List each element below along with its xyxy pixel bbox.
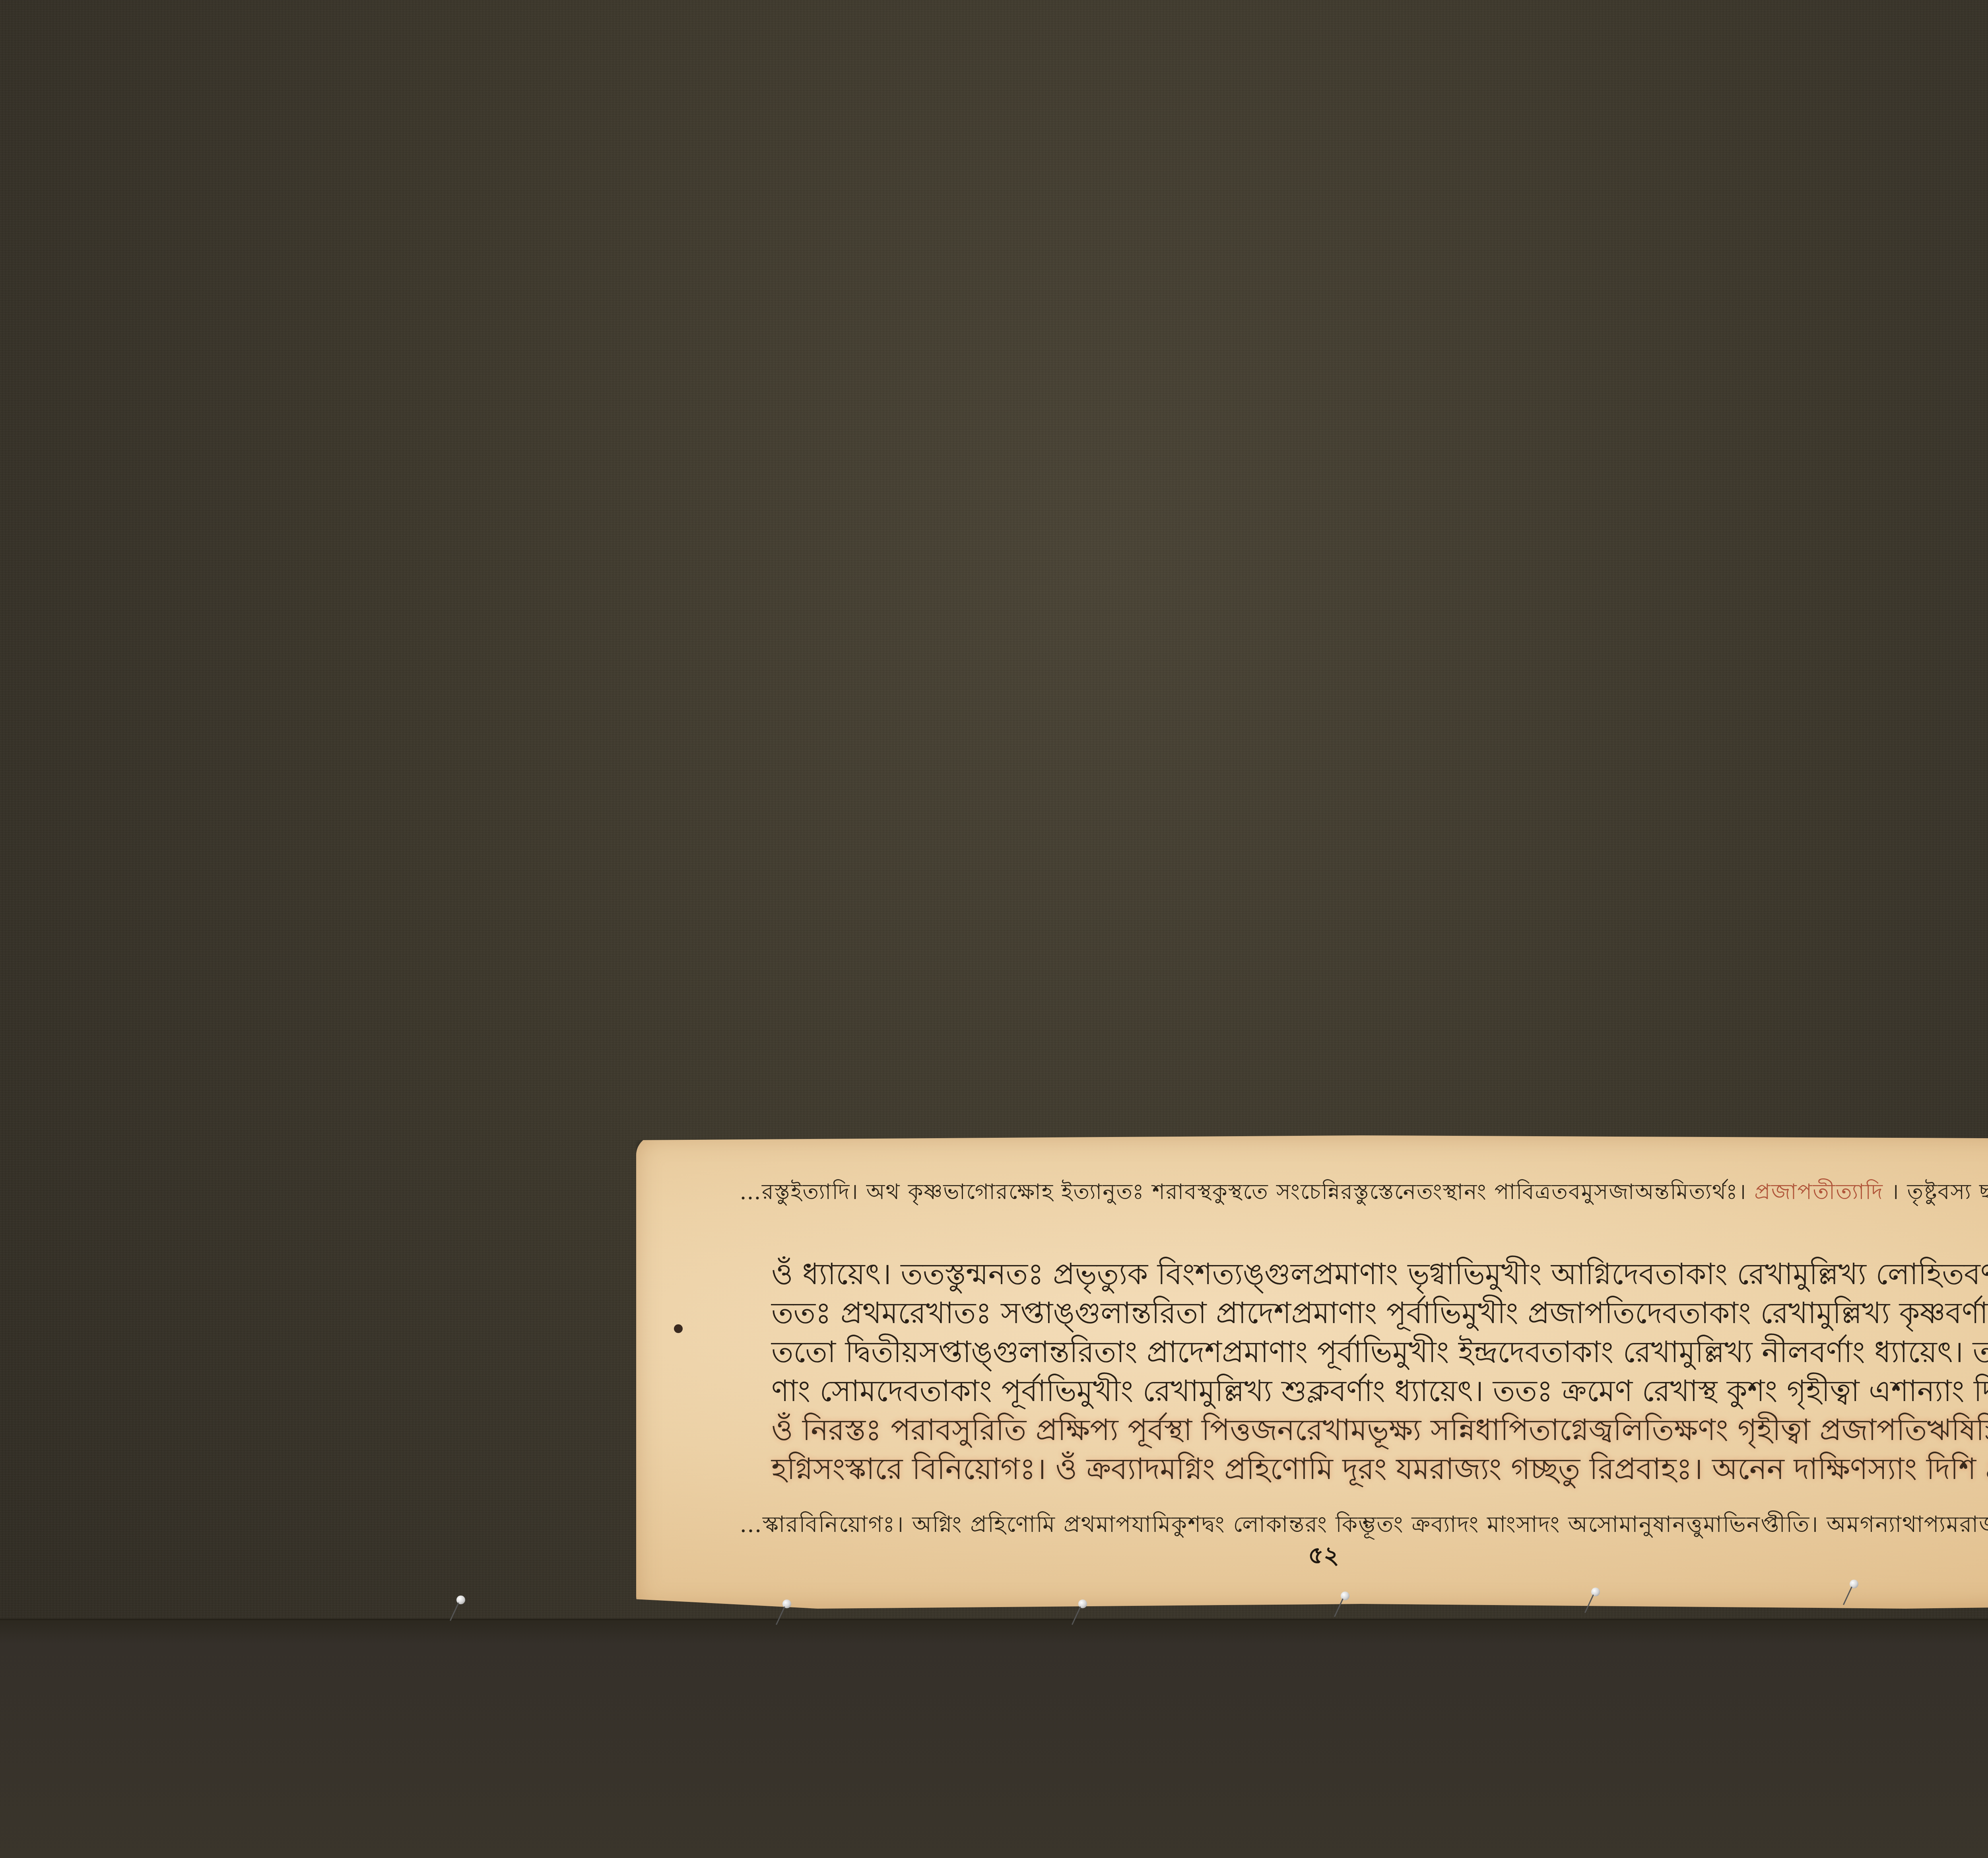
main-line-5: ওঁ নিরস্তঃ পরাবসুরিতি প্রক্ষিপ্য পূর্বস্… (771, 1411, 1988, 1450)
top-line-rubric: প্রজাপতীত্যাদি (1754, 1179, 1883, 1204)
pin-head (1591, 1588, 1600, 1596)
display-ledge (0, 1619, 1988, 1858)
pin-head (1078, 1600, 1087, 1608)
manuscript-leaf: …রস্তুইত্যাদি। অথ কৃষ্ণভাগোরক্ষোহ ইত্যান… (636, 1135, 1988, 1609)
main-line-2: ততঃ প্রথমরেখাতঃ সপ্তাঙ্গুলান্তরিতা প্রাদ… (771, 1294, 1988, 1333)
top-line-text-end: । তৃষ্টুবস্য ছন্দঃ ঋষিঃ প্রজাপতিঃ। দেবতা… (1891, 1179, 1988, 1204)
main-line-6: হগ্নিসংস্কারে বিনিয়োগঃ। ওঁ ক্রব্যাদমগ্ন… (771, 1450, 1988, 1489)
main-line-3: ততো দ্বিতীয়সপ্তাঙ্গুলান্তরিতাং প্রাদেশপ… (771, 1333, 1988, 1372)
pin-head (456, 1596, 465, 1604)
main-line-1: ওঁ ধ্যায়েৎ। ততস্তুন্মনতঃ প্রভৃত্যুক বিং… (771, 1255, 1988, 1294)
top-line-text: …রস্তুইত্যাদি। অথ কৃষ্ণভাগোরক্ষোহ ইত্যান… (740, 1179, 1747, 1204)
folio-number: ৫২ (1308, 1537, 1339, 1577)
top-line: …রস্তুইত্যাদি। অথ কৃষ্ণভাগোরক্ষোহ ইত্যান… (740, 1175, 1988, 1211)
pin-head (1341, 1592, 1349, 1600)
bottom-commentary-line: …স্কারবিনিয়োগঃ। অগ্নিং প্রহিণোমি প্রথমা… (740, 1507, 1988, 1545)
pin-head (1850, 1580, 1858, 1588)
main-line-4: ণাং সোমদেবতাকাং পূর্বাভিমুখীং রেখামুল্লি… (771, 1372, 1988, 1411)
pin-head (782, 1600, 791, 1608)
main-text-block: ওঁ ধ্যায়েৎ। ততস্তুন্মনতঃ প্রভৃত্যুক বিং… (771, 1255, 1988, 1489)
ink-dot (674, 1324, 683, 1333)
